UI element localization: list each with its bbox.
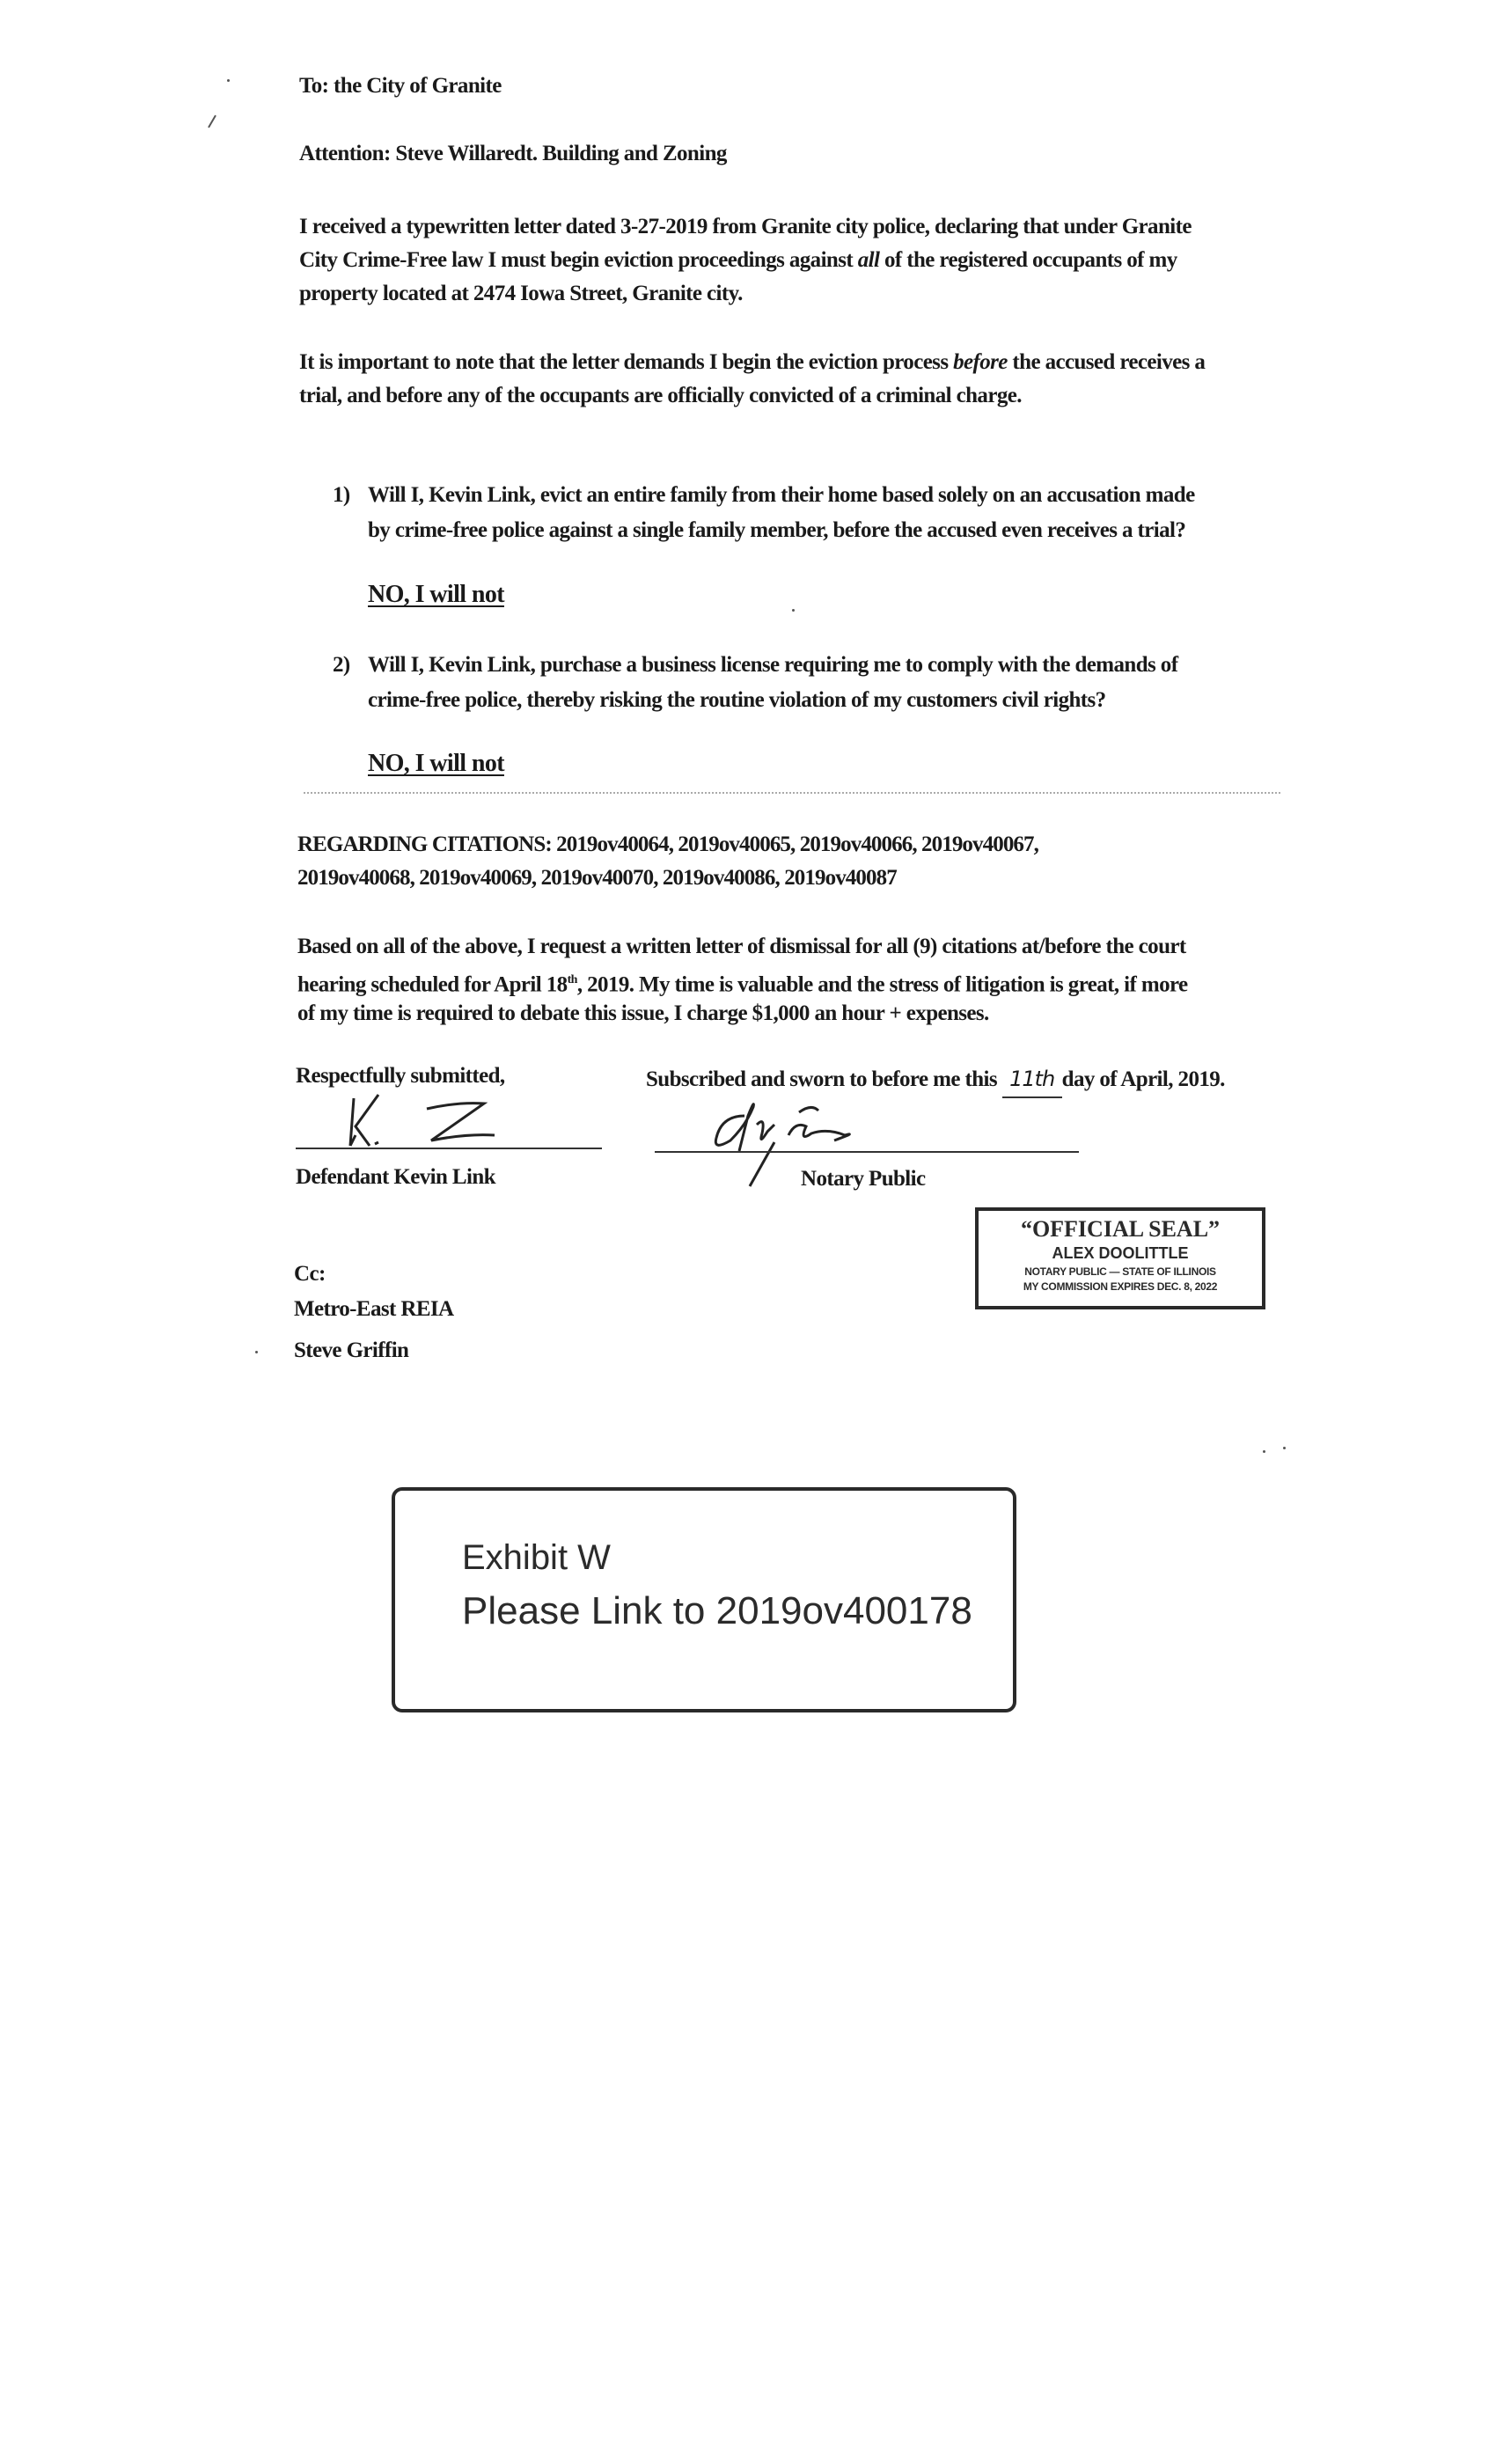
- seal-state: NOTARY PUBLIC — STATE OF ILLINOIS: [979, 1265, 1262, 1278]
- scan-speck: [227, 79, 230, 82]
- notary-signature-line: [655, 1151, 1079, 1153]
- paragraph-line: trial, and before any of the occupants a…: [299, 378, 1022, 414]
- answer-no: NO, I will not: [368, 577, 504, 612]
- scan-speck: [1263, 1450, 1265, 1453]
- fee-text: $1,000 an hour + expenses.: [752, 1001, 989, 1025]
- scan-speck: [792, 609, 795, 612]
- question-line: crime-free police, thereby risking the r…: [368, 683, 1106, 718]
- seal-title: “OFFICIAL SEAL”: [979, 1216, 1262, 1243]
- cc-recipient: Steve Griffin: [294, 1333, 408, 1368]
- attention-line: Attention: Steve Willaredt. Building and…: [299, 136, 727, 172]
- seal-notary-name: ALEX DOOLITTLE: [979, 1244, 1262, 1263]
- recipient-line: To: the City of Granite: [299, 69, 502, 104]
- question-line: by crime-free police against a single fa…: [368, 513, 1185, 548]
- citations-line: 2019ov40068, 2019ov40069, 2019ov40070, 2…: [297, 861, 897, 896]
- question-number: 1): [333, 478, 350, 513]
- text-run: It is important to note that the letter …: [299, 350, 953, 374]
- emphasis: before: [953, 350, 1008, 374]
- text-run: Subscribed and sworn to before me this: [646, 1067, 997, 1091]
- text-run: of the registered occupants of my: [879, 248, 1177, 272]
- closing-salutation: Respectfully submitted,: [296, 1059, 505, 1094]
- answer-no: NO, I will not: [368, 746, 504, 781]
- text-run: City Crime-Free law I must begin evictio…: [299, 248, 858, 272]
- handwritten-day: 11th: [1002, 1061, 1062, 1098]
- emphasis: all: [858, 248, 880, 272]
- citations-line: REGARDING CITATIONS: 2019ov40064, 2019ov…: [297, 827, 1038, 862]
- citations-label: REGARDING CITATIONS:: [297, 832, 552, 856]
- paragraph-line: of my time is required to debate this is…: [297, 996, 989, 1031]
- exhibit-title: Exhibit W: [462, 1538, 611, 1578]
- question-line: Will I, Kevin Link, evict an entire fami…: [368, 478, 1195, 513]
- scan-speck: [255, 1351, 258, 1353]
- paragraph-line: It is important to note that the letter …: [299, 345, 1205, 380]
- signature-line: [296, 1148, 602, 1149]
- question-line: Will I, Kevin Link, purchase a business …: [368, 648, 1177, 683]
- question-number: 2): [333, 648, 350, 683]
- text-run: day of April, 2019.: [1062, 1067, 1225, 1091]
- exhibit-label-box: Exhibit W Please Link to 2019ov400178: [392, 1487, 1016, 1712]
- notary-label: Notary Public: [801, 1162, 926, 1197]
- ordinal-suffix: th: [568, 973, 577, 986]
- paragraph-line: City Crime-Free law I must begin evictio…: [299, 243, 1177, 278]
- paragraph-line: Based on all of the above, I request a w…: [297, 929, 1186, 964]
- scan-speck: [1283, 1447, 1286, 1449]
- notary-seal-stamp: “OFFICIAL SEAL” ALEX DOOLITTLE NOTARY PU…: [975, 1207, 1265, 1309]
- scan-speck: [208, 115, 216, 128]
- cc-recipient: Metro-East REIA: [294, 1292, 453, 1327]
- exhibit-link-note: Please Link to 2019ov400178: [462, 1589, 972, 1633]
- defendant-label: Defendant Kevin Link: [296, 1160, 495, 1195]
- text-run: of my time is required to debate this is…: [297, 1001, 752, 1025]
- text-run: hearing scheduled for April 18: [297, 972, 568, 996]
- cc-label: Cc:: [294, 1257, 326, 1292]
- text-run: , 2019. My time is valuable and the stre…: [577, 972, 1188, 996]
- seal-expiry: MY COMMISSION EXPIRES DEC. 8, 2022: [979, 1280, 1262, 1293]
- paragraph-line: I received a typewritten letter dated 3-…: [299, 209, 1192, 245]
- scan-artifact-divider: [304, 792, 1280, 794]
- citations-ids: 2019ov40064, 2019ov40065, 2019ov40066, 2…: [556, 832, 1038, 856]
- paragraph-line: property located at 2474 Iowa Street, Gr…: [299, 276, 743, 312]
- defendant-signature: [334, 1091, 546, 1153]
- text-run: the accused receives a: [1008, 350, 1206, 374]
